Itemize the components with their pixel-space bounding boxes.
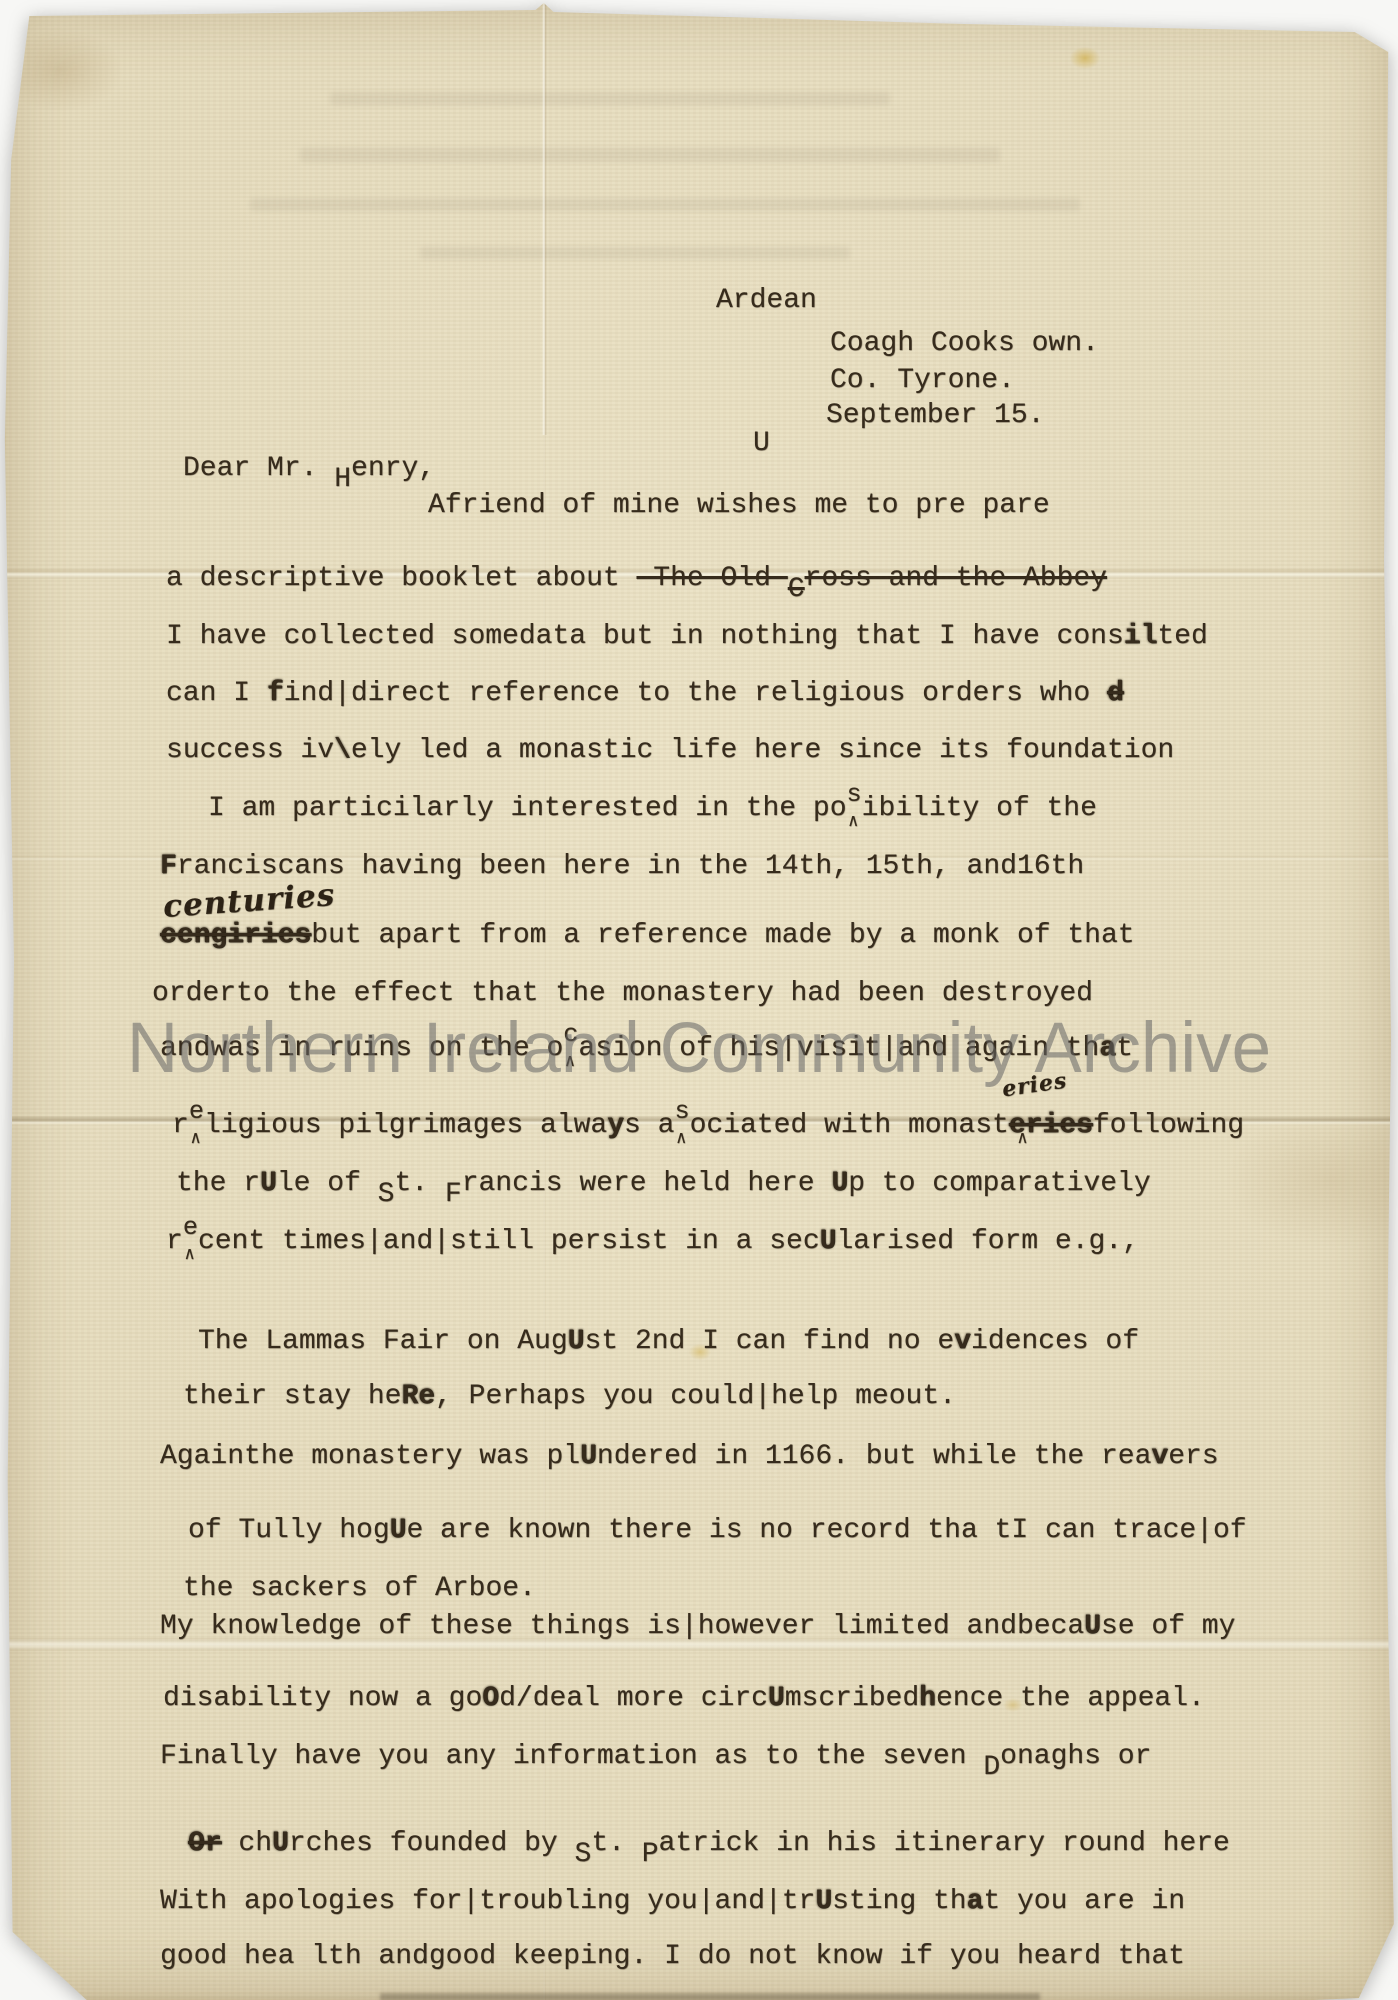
typed-segment: Afriend of mine wishes me to pre pare — [428, 490, 1050, 521]
caret-icon: ∧ — [848, 814, 858, 831]
typed-segment: sting th — [832, 1886, 966, 1917]
typed-segment: ers — [1168, 1441, 1218, 1472]
cutoff-line-smudge — [380, 1993, 1040, 2000]
insertion-mark: s∧ — [847, 795, 862, 823]
typed-segment: I am particilarly interested in the po — [208, 793, 847, 824]
typed-segment: v — [1151, 1441, 1168, 1472]
typed-segment: F — [160, 851, 177, 882]
typed-line: the rUle of St. Francis were held here U… — [176, 1170, 1151, 1198]
insertion-mark: c∧ — [563, 1035, 578, 1063]
typed-segment: larised form e.g., — [836, 1226, 1138, 1257]
typed-line: I am particilarly interested in the pos∧… — [208, 795, 1097, 823]
typed-segment: ligious pilgrimages alwa — [204, 1110, 607, 1141]
document-scan: { "watermark": "Northern Ireland Communi… — [0, 0, 1398, 2000]
typed-segment: onaghs or — [1000, 1741, 1151, 1772]
typed-segment: idences of — [971, 1326, 1139, 1357]
typed-segment: t — [1116, 1033, 1133, 1064]
typed-segment: ind|direct reference to the religious or… — [284, 678, 1107, 709]
insertion-mark: s∧ — [674, 1112, 689, 1140]
insertion-mark: eries∧ — [1009, 1112, 1093, 1140]
typed-segment: h — [919, 1683, 936, 1714]
typed-segment: can I — [166, 678, 267, 709]
typed-segment: il — [1124, 621, 1158, 652]
typed-segment: success iv — [166, 735, 334, 766]
typed-segment: ross and the Abbey — [805, 563, 1107, 594]
typed-line: their stay heRe, Perhaps you could|help … — [183, 1383, 956, 1411]
typed-line: success iv\ely led a monastic life here … — [166, 737, 1174, 765]
address-line: Coagh Cooks own. — [830, 330, 1099, 358]
typed-line: My knowledge of these things is|however … — [160, 1613, 1235, 1641]
typed-segment: s — [847, 780, 862, 809]
typed-segment: September 15. — [826, 400, 1044, 431]
typed-segment: s a — [624, 1110, 674, 1141]
typed-segment: but apart from a reference made by a mon… — [311, 920, 1134, 951]
typed-segment: P — [642, 1839, 659, 1870]
typed-segment: good hea lth andgood keeping. I do not k… — [160, 1941, 1185, 1972]
typed-segment: Ardean — [716, 285, 817, 316]
typed-segment: atrick in his itinerary round here — [659, 1828, 1230, 1859]
typed-segment: ibility of the — [862, 793, 1097, 824]
typed-line: the sackers of Arboe. — [183, 1575, 536, 1603]
typed-segment: andwas in ruins on the o — [160, 1033, 563, 1064]
typed-segment: S — [378, 1179, 395, 1210]
typed-segment: I have collected somedata but in nothing… — [166, 621, 1124, 652]
typed-segment: Dear Mr. — [183, 453, 334, 484]
typed-segment: H — [334, 464, 351, 495]
typed-segment: Coagh Cooks own. — [830, 328, 1099, 359]
typed-segment: rancis were held here — [462, 1168, 832, 1199]
address-line: Ardean — [716, 287, 817, 315]
typed-segment: the sackers of Arboe. — [183, 1573, 536, 1604]
typed-segment: disability now a go — [163, 1683, 482, 1714]
typed-segment: e are known there is no record tha tI ca… — [406, 1515, 1246, 1546]
typed-segment: ranciscans having been here in the 14th,… — [177, 851, 1084, 882]
typed-line: can I find|direct reference to the relig… — [166, 680, 1124, 708]
typed-segment: orderto the effect that the monastery ha… — [152, 978, 1093, 1009]
typed-segment: Co. Tyrone. — [830, 365, 1015, 396]
typed-segment: st 2nd I can find no e — [584, 1326, 954, 1357]
typed-segment: y — [607, 1110, 624, 1141]
letter-page-wrap: ArdeanCoagh Cooks own.Co. Tyrone.Septemb… — [0, 0, 1398, 2000]
typed-segment: U — [568, 1326, 585, 1357]
typed-segment: Finally have you any information as to t… — [160, 1741, 983, 1772]
typed-segment: d — [1107, 678, 1124, 709]
typed-segment: cent times|and|still persist in a sec — [198, 1226, 820, 1257]
typed-segment: le of — [277, 1168, 378, 1199]
typed-segment: s — [674, 1097, 689, 1126]
insertion-mark: e∧ — [189, 1112, 204, 1140]
typed-line: andwas in ruins on the oc∧asion of his|v… — [160, 1035, 1133, 1063]
typed-segment: the r — [176, 1168, 260, 1199]
typed-segment: a — [967, 1886, 984, 1917]
typed-segment: O — [482, 1683, 499, 1714]
typed-segment: U — [815, 1886, 832, 1917]
typed-segment: U — [272, 1828, 289, 1859]
typed-segment: r — [166, 1226, 183, 1257]
typed-segment: d/deal more circ — [499, 1683, 768, 1714]
letter-page: ArdeanCoagh Cooks own.Co. Tyrone.Septemb… — [0, 0, 1398, 2000]
typed-segment: ndered in 1166. but while the rea — [597, 1441, 1152, 1472]
typed-line: re∧cent times|and|still persist in a sec… — [166, 1228, 1139, 1256]
ink-bleed-smudge — [300, 148, 1000, 162]
typed-line: Or chUrches founded by St. Patrick in hi… — [188, 1830, 1230, 1858]
typed-segment: enry, — [351, 453, 435, 484]
typed-line: I have collected somedata but in nothing… — [166, 623, 1208, 651]
typed-segment: With apologies for|troubling you|and|tr — [160, 1886, 815, 1917]
typed-segment: U — [580, 1441, 597, 1472]
typed-segment: of Tully hog — [188, 1515, 390, 1546]
typed-segment: U — [831, 1168, 848, 1199]
typed-line: orderto the effect that the monastery ha… — [152, 980, 1093, 1008]
caret-icon: ∧ — [676, 1131, 686, 1148]
salutation: Dear Mr. Henry, — [183, 455, 435, 483]
typed-segment: t. — [394, 1168, 444, 1199]
typed-line: of Tully hogUe are known there is no rec… — [188, 1517, 1247, 1545]
typed-line: re∧ligious pilgrimages always as∧ociated… — [172, 1112, 1244, 1140]
typed-line: Afriend of mine wishes me to pre pare — [428, 492, 1050, 520]
typed-segment: The Lammas Fair on Aug — [198, 1326, 568, 1357]
typed-segment: U — [768, 1683, 785, 1714]
address-line: Co. Tyrone. — [830, 367, 1015, 395]
typed-segment: rches founded by — [289, 1828, 575, 1859]
typed-segment: mscribed — [785, 1683, 919, 1714]
typed-segment: \ — [334, 735, 351, 766]
typed-segment: ely led a monastic life here since its f… — [351, 735, 1174, 766]
typed-line: cengiriesbut apart from a reference made… — [160, 922, 1135, 950]
address-line: September 15. — [826, 402, 1044, 430]
typed-line: Finally have you any information as to t… — [160, 1743, 1151, 1771]
typed-line: good hea lth andgood keeping. I do not k… — [160, 1943, 1185, 1971]
typed-segment: , Perhaps you could|help meout. — [435, 1381, 956, 1412]
typed-segment: U — [260, 1168, 277, 1199]
typed-segment: se of my — [1101, 1611, 1235, 1642]
insertion-mark: e∧ — [183, 1228, 198, 1256]
typed-segment: My knowledge of these things is|however … — [160, 1611, 1084, 1642]
typed-segment: a — [1099, 1033, 1116, 1064]
typed-segment: C — [788, 574, 805, 605]
ink-bleed-smudge — [420, 247, 850, 259]
typed-line: disability now a goOd/deal more circUmsc… — [163, 1685, 1205, 1713]
typed-segment: r — [172, 1110, 189, 1141]
typed-segment: t you are in — [983, 1886, 1185, 1917]
typed-segment: their stay he — [183, 1381, 401, 1412]
typed-segment: ociated with monast — [690, 1110, 1009, 1141]
typed-segment: Re — [401, 1381, 435, 1412]
ink-bleed-smudge — [250, 198, 1080, 211]
caret-icon: ∧ — [1017, 1131, 1027, 1148]
typed-segment: p to comparatively — [848, 1168, 1150, 1199]
typed-segment: t. — [591, 1828, 641, 1859]
handwritten-correction: centuries — [162, 877, 336, 925]
typed-line: The Lammas Fair on AugUst 2nd I can find… — [198, 1328, 1139, 1356]
typed-segment: U — [820, 1226, 837, 1257]
typed-segment: v — [954, 1326, 971, 1357]
caret-icon: ∧ — [184, 1247, 194, 1264]
stray-mark: U — [753, 430, 770, 458]
typed-segment: asion of his|visit|and again th — [578, 1033, 1099, 1064]
caret-icon: ∧ — [565, 1054, 575, 1071]
caret-icon: ∧ — [190, 1131, 200, 1148]
typed-line: With apologies for|troubling you|and|trU… — [160, 1888, 1185, 1916]
ink-bleed-smudge — [330, 92, 890, 105]
typed-segment: e — [189, 1097, 204, 1126]
typed-segment: Againthe monastery was pl — [160, 1441, 580, 1472]
typed-segment: cengiries — [160, 920, 311, 951]
typed-line: Againthe monastery was plUndered in 1166… — [160, 1443, 1219, 1471]
typed-segment: ch — [222, 1828, 272, 1859]
typed-segment: f — [267, 678, 284, 709]
typed-segment: S — [575, 1839, 592, 1870]
typed-segment: U — [753, 428, 770, 459]
typed-segment: ted — [1157, 621, 1207, 652]
typed-segment: ence the appeal. — [936, 1683, 1205, 1714]
typed-segment: Or — [188, 1828, 222, 1859]
typed-segment: c — [563, 1020, 578, 1049]
typed-segment: U — [1084, 1611, 1101, 1642]
typed-line: Franciscans having been here in the 14th… — [160, 853, 1084, 881]
typed-line: a descriptive booklet about The Old Cros… — [166, 565, 1107, 593]
handwritten-correction: eries — [1001, 1068, 1069, 1103]
typed-segment: The Old — [636, 563, 787, 594]
typed-segment: a descriptive booklet about — [166, 563, 636, 594]
typed-segment: D — [983, 1752, 1000, 1783]
typed-segment: U — [390, 1515, 407, 1546]
typed-segment: F — [445, 1179, 462, 1210]
fold-crease-vertical — [542, 0, 547, 435]
typed-segment: following — [1093, 1110, 1244, 1141]
typed-segment: e — [183, 1213, 198, 1242]
